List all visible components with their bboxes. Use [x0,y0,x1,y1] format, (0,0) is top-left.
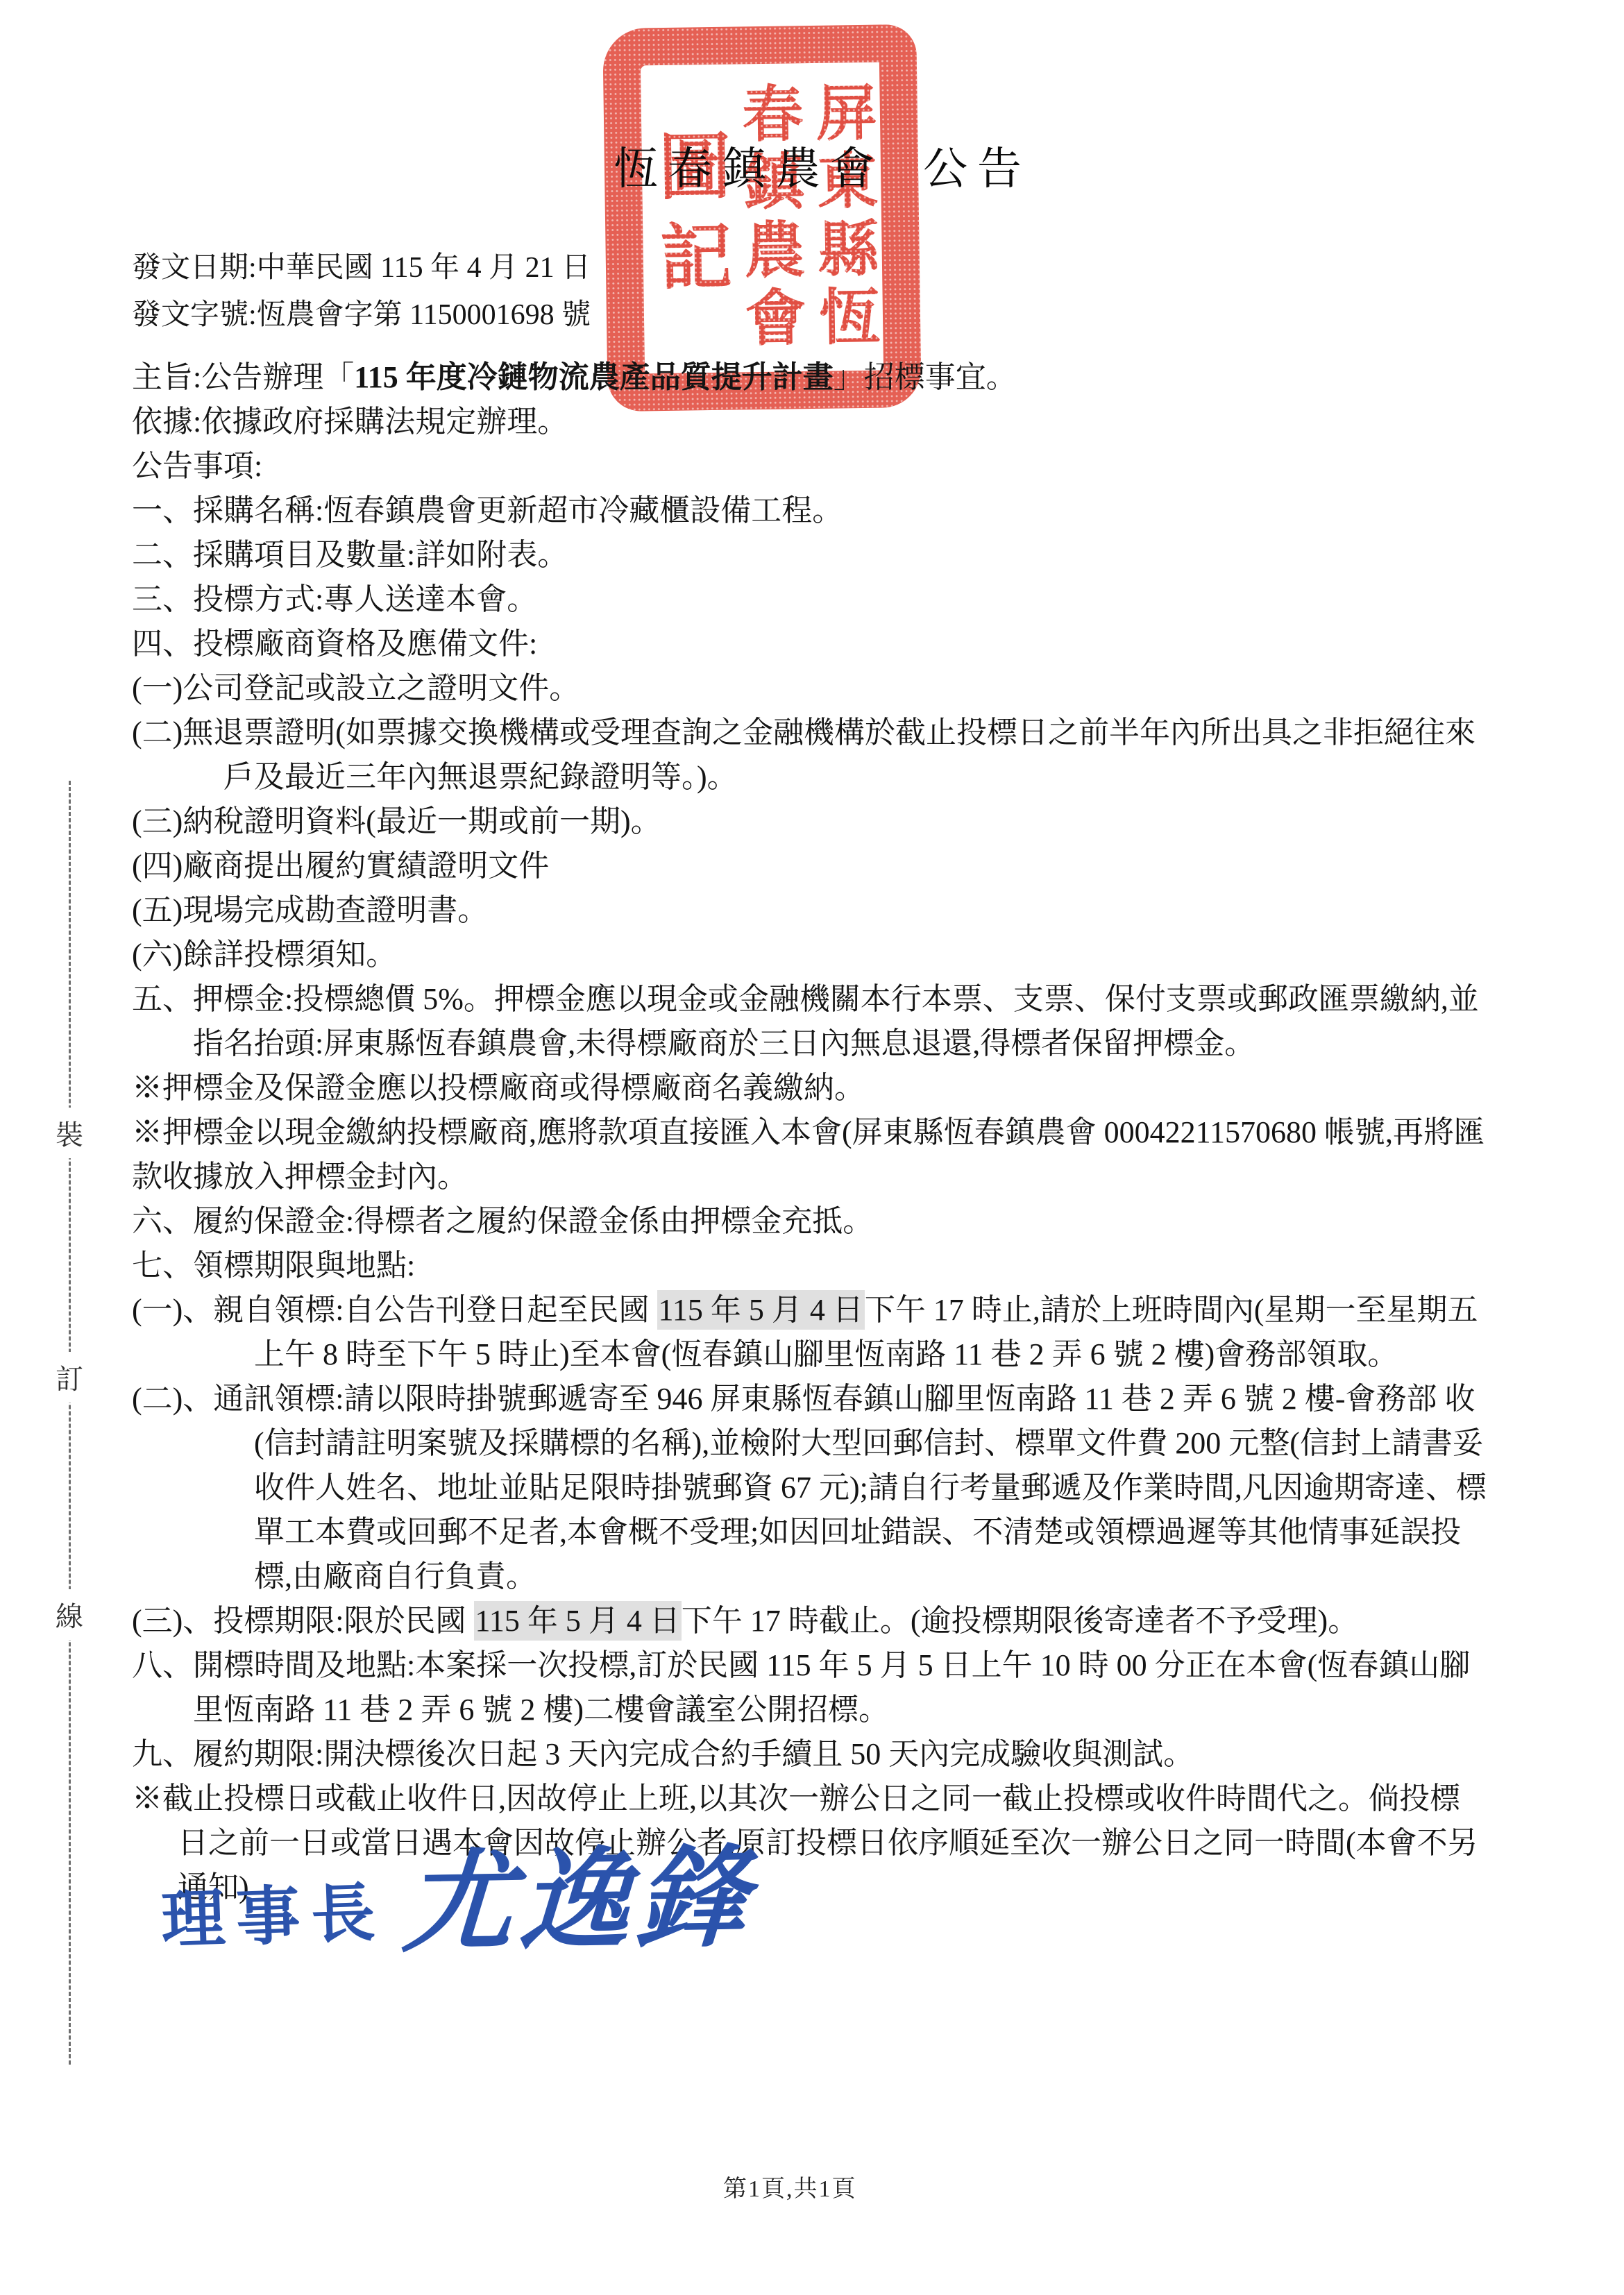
item-4-vendor-qualifications: 四、投標廠商資格及應備文件: [132,622,1489,666]
title-doc-type: 公告 [923,144,1031,194]
item-7-sub-1-prefix: (一)、親自領標:自公告刊登日起至民國 [132,1293,657,1327]
seal-column-middle: 春鎮農會 [734,81,802,354]
seal-column-right: 屏東縣恆 [808,81,876,353]
signature-name: 尤逸鋒 [400,1810,758,1974]
basis-line: 依據:依據政府採購法規定辦理。 [132,400,1489,444]
scanned-announcement-page: 裝 訂 線 屏東縣恆 春鎮農會 圖記 恆春鎮農會公告 發文日期:中華民國 115… [0,0,1624,2295]
item-4-sub-2: (二)無退票證明(如票據交換機構或受理查詢之金融機構於截止投標日之前半年內所出具… [132,711,1489,799]
subject-project-name: 115 年度冷鏈物流農產品質提升計畫 [354,360,834,394]
binding-dashed-line [69,781,71,2065]
announcement-body: 主旨:公告辦理「115 年度冷鏈物流農產品質提升計畫」招標事宜。 依據:依據政府… [132,355,1489,1910]
binding-char-xian: 線 [50,1589,89,1640]
item-2-items-quantity: 二、採購項目及數量:詳如附表。 [132,533,1489,577]
binding-char-ding: 訂 [50,1352,89,1403]
subject-line: 主旨:公告辦理「115 年度冷鏈物流農產品質提升計畫」招標事宜。 [132,355,1489,400]
announcement-items-header: 公告事項: [132,444,1489,489]
signature-job-title: 理事長 [160,1861,387,1961]
item-4-sub-1: (一)公司登記或設立之證明文件。 [132,666,1489,711]
item-1-procurement-name: 一、採購名稱:恆春鎮農會更新超市冷藏櫃設備工程。 [132,489,1489,533]
item-7-sub-3-bid-deadline: (三)、投標期限:限於民國 115 年 5 月 4 日下午 17 時截止。(逾投… [132,1599,1489,1643]
item-8-bid-opening: 八、開標時間及地點:本案採一次投標,訂於民國 115 年 5 月 5 日上午 1… [132,1643,1489,1732]
issue-number-line: 發文字號:恆農會字第 1150001698 號 [132,291,591,339]
item-4-sub-4: (四)廠商提出履約實績證明文件 [132,844,1489,888]
pickup-deadline-highlight: 115 年 5 月 4 日 [657,1290,865,1330]
issue-date-line: 發文日期:中華民國 115 年 4 月 21 日 [132,244,591,291]
item-4-sub-3: (三)納稅證明資料(最近一期或前一期)。 [132,799,1489,844]
item-5-bid-bond: 五、押標金:投標總價 5%。押標金應以現金或金融機關本行本票、支票、保付支票或郵… [132,977,1489,1066]
item-7-document-pickup: 七、領標期限與地點: [132,1244,1489,1288]
item-3-bidding-method: 三、投標方式:專人送達本會。 [132,577,1489,622]
binding-char-zhuang: 裝 [50,1108,89,1158]
chairman-signature: 理事長 尤逸鋒 [161,1813,754,1970]
item-7-sub-1-in-person: (一)、親自領標:自公告刊登日起至民國 115 年 5 月 4 日下午 17 時… [132,1288,1489,1377]
item-6-performance-bond: 六、履約保證金:得標者之履約保證金係由押標金充抵。 [132,1199,1489,1244]
item-4-sub-6: (六)餘詳投標須知。 [132,933,1489,977]
official-seal-stamp: 屏東縣恆 春鎮農會 圖記 [602,24,922,412]
subject-suffix: 」招標事宜。 [834,360,1017,394]
item-5-note-1: ※押標金及保證金應以投標廠商或得標廠商名義繳納。 [132,1066,1489,1110]
document-meta: 發文日期:中華民國 115 年 4 月 21 日 發文字號:恆農會字第 1150… [132,244,591,339]
item-7-sub-3-prefix: (三)、投標期限:限於民國 [132,1604,474,1638]
title-organization: 恆春鎮農會 [614,144,884,194]
item-5-note-2: ※押標金以現金繳納投標廠商,應將款項直接匯入本會(屏東縣恆春鎮農會 000422… [132,1110,1489,1199]
subject-prefix: 主旨:公告辦理「 [132,360,354,394]
item-9-performance-period: 九、履約期限:開決標後次日起 3 天內完成合約手續且 50 天內完成驗收與測試。 [132,1732,1489,1777]
item-4-sub-5: (五)現場完成勘查證明書。 [132,888,1489,933]
bid-deadline-highlight: 115 年 5 月 4 日 [474,1601,682,1641]
item-7-sub-2-by-mail: (二)、通訊領標:請以限時掛號郵遞寄至 946 屏東縣恆春鎮山腳里恆南路 11 … [132,1377,1489,1599]
page-number-footer: 第1頁,共1頁 [723,2169,857,2203]
item-7-sub-3-suffix: 下午 17 時截止。(逾投標期限後寄達者不予受理)。 [682,1604,1358,1638]
document-title: 恆春鎮農會公告 [614,133,1031,197]
